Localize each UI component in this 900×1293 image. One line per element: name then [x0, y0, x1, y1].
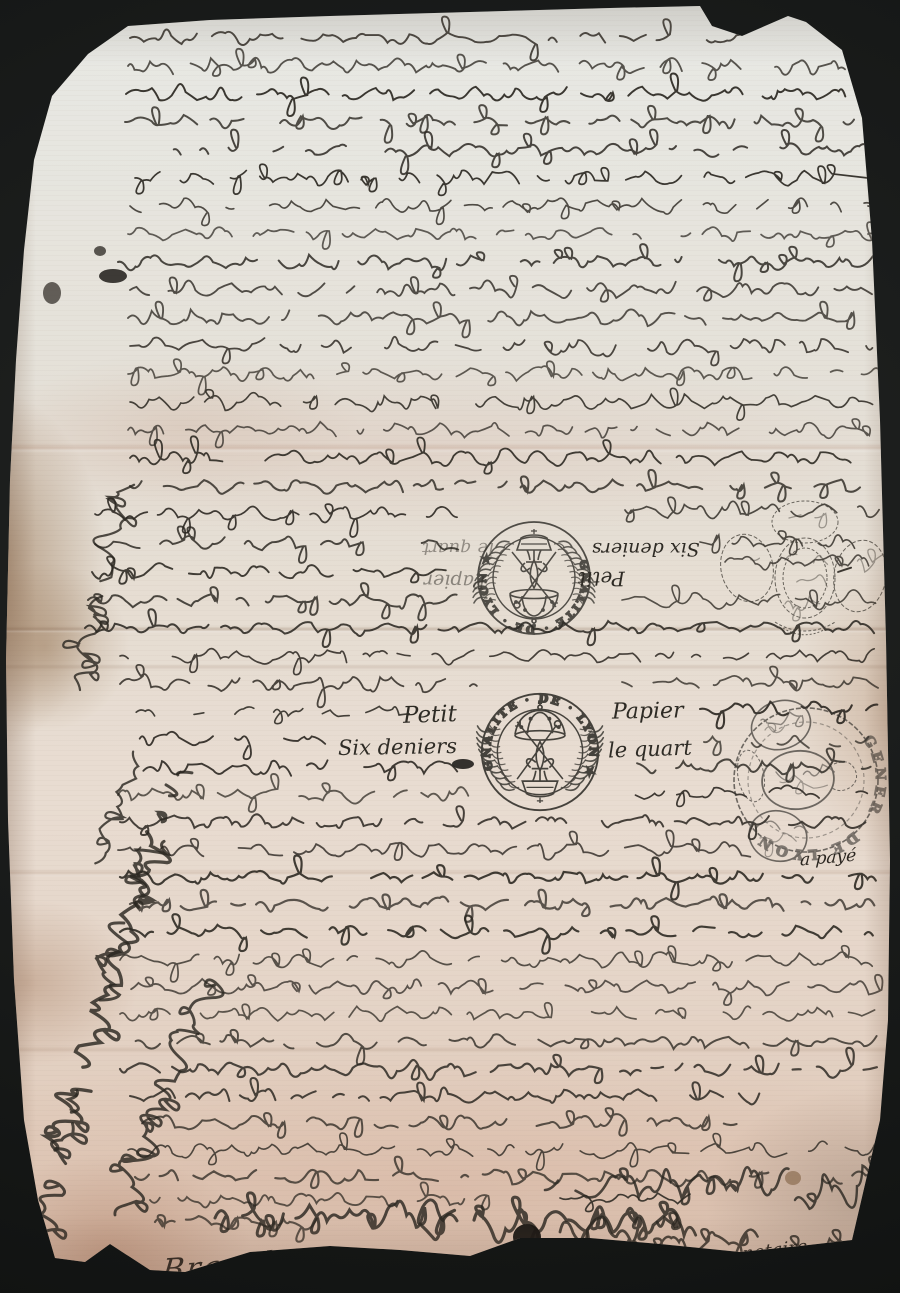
photo-background: GNALITE · DE · LYON ★	[0, 0, 900, 1293]
manuscript-page: GNALITE · DE · LYON ★	[0, 0, 900, 1293]
edge-shading	[0, 0, 900, 1293]
